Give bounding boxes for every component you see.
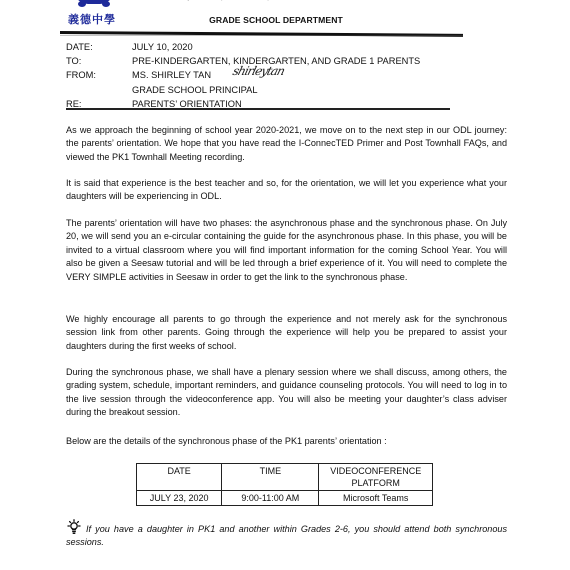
table-header-row: DATE TIME VIDEOCONFERENCE PLATFORM — [137, 464, 433, 491]
paragraph-phases: The parents’ orientation will have two p… — [66, 217, 507, 284]
header-platform: VIDEOCONFERENCE PLATFORM — [319, 464, 433, 491]
header-rule-shadow — [60, 35, 463, 36]
paragraph-experience: It is said that experience is the best t… — [66, 177, 507, 204]
table-row: JULY 23, 2020 9:00-11:00 AM Microsoft Te… — [137, 491, 433, 506]
cell-date: JULY 23, 2020 — [137, 491, 222, 506]
department-heading: GRADE SCHOOL DEPARTMENT — [0, 15, 570, 25]
to-label: TO: — [66, 54, 132, 68]
header-time: TIME — [222, 464, 319, 491]
department-title: GRADE SCHOOL DEPARTMENT — [209, 15, 343, 25]
memo-divider — [66, 108, 450, 110]
cell-time: 9:00-11:00 AM — [222, 491, 319, 506]
cell-platform: Microsoft Teams — [319, 491, 433, 506]
memo-date-row: DATE: JULY 10, 2020 — [66, 40, 420, 54]
memo-header: DATE: JULY 10, 2020 TO: PRE-KINDERGARTEN… — [66, 40, 420, 111]
date-value: JULY 10, 2020 — [132, 40, 193, 54]
paragraph-intro: As we approach the beginning of school y… — [66, 124, 507, 164]
memo-from-row: FROM: MS. SHIRLEY TAN shirleytan — [66, 68, 420, 82]
date-label: DATE: — [66, 40, 132, 54]
lightbulb-icon — [66, 519, 82, 535]
header-date: DATE — [137, 464, 222, 491]
from-label: FROM: — [66, 68, 132, 82]
note: If you have a daughter in PK1 and anothe… — [66, 519, 507, 550]
from-title: GRADE SCHOOL PRINCIPAL — [132, 83, 258, 97]
spacer — [66, 83, 132, 97]
paragraph-synchronous: During the synchronous phase, we shall h… — [66, 366, 507, 420]
school-logo — [74, 0, 114, 4]
from-value: MS. SHIRLEY TAN — [132, 70, 211, 80]
from-value-wrap: MS. SHIRLEY TAN shirleytan — [132, 68, 211, 82]
note-text: If you have a daughter in PK1 and anothe… — [66, 524, 507, 547]
memo-title-row: GRADE SCHOOL PRINCIPAL — [66, 83, 420, 97]
schedule-table: DATE TIME VIDEOCONFERENCE PLATFORM JULY … — [136, 463, 433, 506]
signature: shirleytan — [231, 64, 286, 78]
paragraph-details-intro: Below are the details of the synchronous… — [66, 435, 507, 448]
paragraph-encourage: We highly encourage all parents to go th… — [66, 313, 507, 353]
contact-line: ly... @...ed.ph · www....ed.ph — [186, 0, 275, 1]
